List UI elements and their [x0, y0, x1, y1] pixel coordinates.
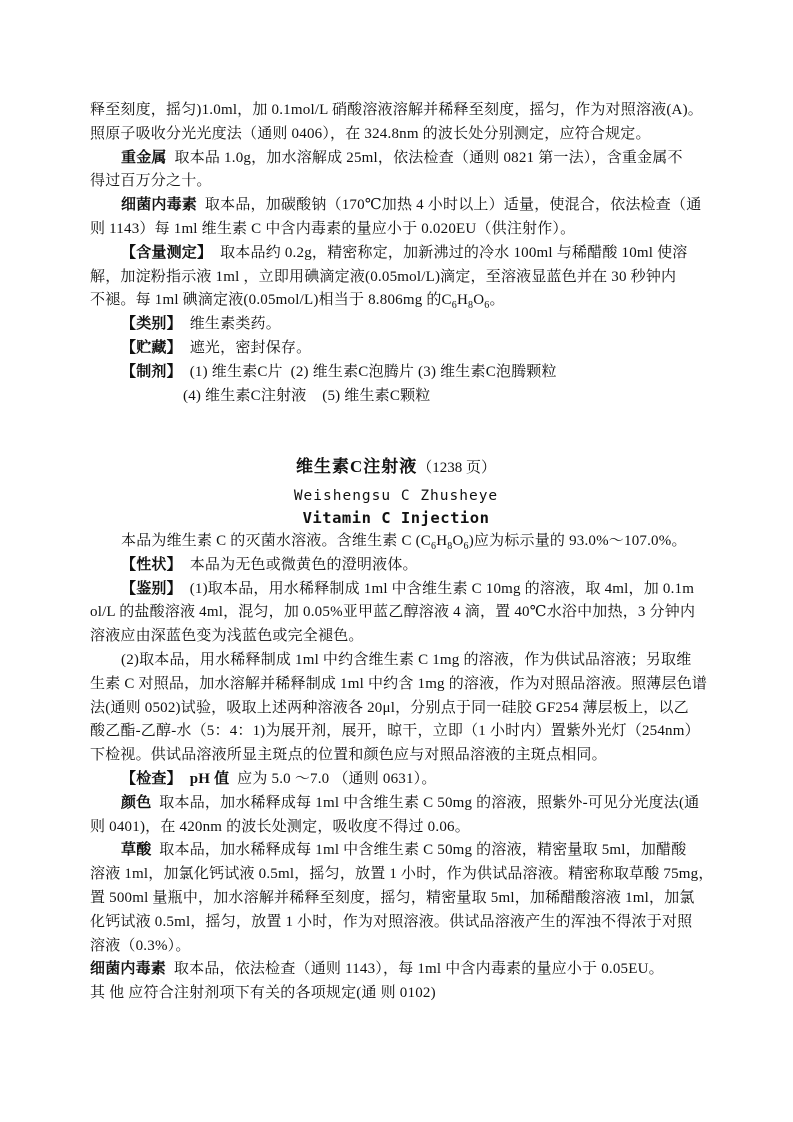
- text-line: 生素 C 对照品，加水溶解并稀释制成 1ml 中约含 1mg 的溶液，作为对照品…: [90, 673, 702, 697]
- body-text: 则 1143）每 1ml 维生素 C 中含内毒素的量应小于 0.020EU（供注…: [90, 221, 575, 237]
- text-line: 置 500ml 量瓶中，加水溶解并稀释至刻度，摇匀，精密量取 5ml，加稀醋酸溶…: [90, 887, 702, 911]
- bold-label-text: 草酸: [121, 842, 151, 858]
- bold-label-text: 颜色: [121, 795, 151, 811]
- text-line: (4) 维生素C注射液 (5) 维生素C颗粒: [90, 385, 702, 409]
- text-line: 溶液 1ml，加氯化钙试液 0.5ml，摇匀，放置 1 小时，作为供试品溶液。精…: [90, 863, 702, 887]
- text-line: 重金属 取本品 1.0g，加水溶解成 25ml，依法检查（通则 0821 第一法…: [90, 147, 702, 171]
- text-line: 【类别】 维生素类药。: [90, 313, 702, 337]
- pharmacopoeia-page: 释至刻度，摇匀)1.0ml，加 0.1mol/L 硝酸溶液溶解并稀释至刻度，摇匀…: [0, 0, 793, 1122]
- body-text: 酸乙酯-乙醇-水（5：4：1)为展开剂，展开，晾干，立即（1 小时内）置紫外光灯…: [90, 723, 700, 739]
- body-text: 解，加淀粉指示液 1ml ，立即用碘滴定液(0.05mol/L)滴定，至溶液显蓝…: [90, 269, 676, 285]
- body-text: (2)取本品，用水稀释制成 1ml 中约含维生素 C 1mg 的溶液，作为供试品…: [121, 652, 691, 668]
- body-text: 得过百万分之十。: [90, 173, 212, 189]
- body-text: (1)取本品，用水稀释制成 1ml 中含维生素 C 10mg 的溶液，取 4ml…: [182, 581, 694, 597]
- body-text: ol/L 的盐酸溶液 4ml，混匀，加 0.05%亚甲蓝乙醇溶液 4 滴，置 4…: [90, 604, 695, 620]
- text-line: 溶液（0.3%）。: [90, 935, 702, 959]
- monograph-title-en: Vitamin C Injection: [90, 507, 702, 529]
- body-text: (1) 维生素C片 (2) 维生素C泡腾片 (3) 维生素C泡腾颗粒: [182, 364, 557, 380]
- text-line: 得过百万分之十。: [90, 170, 702, 194]
- text-line: 本品为维生素 C 的灭菌水溶液。含维生素 C (C6H8O6)应为标示量的 93…: [90, 530, 702, 554]
- body-text: 本品为无色或微黄色的澄明液体。: [182, 557, 418, 573]
- body-text: 释至刻度，摇匀)1.0ml，加 0.1mol/L 硝酸溶液溶解并稀释至刻度，摇匀…: [90, 102, 703, 118]
- body-text: 其 他 应符合注射剂项下有关的各项规定(通 则 0102): [90, 985, 436, 1001]
- text-line: 解，加淀粉指示液 1ml ，立即用碘滴定液(0.05mol/L)滴定，至溶液显蓝…: [90, 266, 702, 290]
- body-text: 溶液应由深蓝色变为浅蓝色或完全褪色。: [90, 628, 364, 644]
- text-line: 照原子吸收分光光度法（通则 0406），在 324.8nm 的波长处分别测定，应…: [90, 123, 702, 147]
- bold-label-text: pH 值: [190, 771, 230, 787]
- monograph-title-page-ref: （1238 页）: [417, 460, 496, 476]
- monograph-text-block-vitamin-c-injection: 本品为维生素 C 的灭菌水溶液。含维生素 C (C6H8O6)应为标示量的 93…: [90, 530, 702, 1006]
- text-line: 溶液应由深蓝色变为浅蓝色或完全褪色。: [90, 625, 702, 649]
- text-line: 【性状】 本品为无色或微黄色的澄明液体。: [90, 554, 702, 578]
- text-line: 【贮藏】 遮光，密封保存。: [90, 337, 702, 361]
- body-text: 法(通则 0502)试验，吸取上述两种溶液各 20μl，分别点于同一硅胶 GF2…: [90, 700, 689, 716]
- body-text: 遮光，密封保存。: [182, 340, 312, 356]
- body-text: 取本品，加水稀释成每 1ml 中含维生素 C 50mg 的溶液，精密量取 5ml…: [151, 842, 686, 858]
- bold-label-text: 【制剂】: [121, 364, 182, 380]
- monograph-title-text: 维生素C注射液: [296, 457, 417, 476]
- text-line: 【含量测定】 取本品约 0.2g，精密称定，加新沸过的冷水 100ml 与稀醋酸…: [90, 242, 702, 266]
- body-text: O: [473, 292, 484, 308]
- bold-label-text: 【检查】: [121, 771, 182, 787]
- body-text: )应为标示量的 93.0%～107.0%。: [469, 533, 687, 549]
- body-text: 溶液（0.3%）。: [90, 938, 191, 954]
- text-line: 细菌内毒素 取本品，依法检查（通则 1143），每 1ml 中含内毒素的量应小于…: [90, 958, 702, 982]
- body-text: 应为 5.0 ～7.0 （通则 0631）。: [229, 771, 436, 787]
- bold-label-text: 重金属: [121, 150, 167, 166]
- body-text: 置 500ml 量瓶中，加水溶解并稀释至刻度，摇匀，精密量取 5ml，加稀醋酸溶…: [90, 890, 695, 906]
- body-text: 不褪。每 1ml 碘滴定液(0.05mol/L)相当于 8.806mg 的C: [90, 292, 452, 308]
- body-text: (4) 维生素C注射液 (5) 维生素C颗粒: [183, 388, 431, 404]
- text-line: 释至刻度，摇匀)1.0ml，加 0.1mol/L 硝酸溶液溶解并稀释至刻度，摇匀…: [90, 99, 702, 123]
- body-text: 取本品，加碳酸钠（170℃加热 4 小时以上）适量，使混合，依法检查（通: [197, 197, 701, 213]
- bold-label-text: 【含量测定】: [121, 245, 212, 261]
- body-text: 本品为维生素 C 的灭菌水溶液。含维生素 C (C: [121, 533, 431, 549]
- text-line: 细菌内毒素 取本品，加碳酸钠（170℃加热 4 小时以上）适量，使混合，依法检查…: [90, 194, 702, 218]
- text-line: (2)取本品，用水稀释制成 1ml 中约含维生素 C 1mg 的溶液，作为供试品…: [90, 649, 702, 673]
- monograph-title-zh: 维生素C注射液（1238 页）: [90, 455, 702, 479]
- body-text: 取本品，依法检查（通则 1143），每 1ml 中含内毒素的量应小于 0.05E…: [166, 961, 664, 977]
- body-text: 下检视。供试品溶液所显主斑点的位置和颜色应与对照品溶液的主斑点相同。: [90, 747, 607, 763]
- body-text: 取本品 1.0g，加水溶解成 25ml，依法检查（通则 0821 第一法），含重…: [167, 150, 683, 166]
- body-text: 溶液 1ml，加氯化钙试液 0.5ml，摇匀，放置 1 小时，作为供试品溶液。精…: [90, 866, 714, 882]
- body-text: 生素 C 对照品，加水溶解并稀释制成 1ml 中约含 1mg 的溶液，作为对照品…: [90, 676, 707, 692]
- bold-label-text: 【鉴别】: [121, 581, 182, 597]
- text-line: 【鉴别】 (1)取本品，用水稀释制成 1ml 中含维生素 C 10mg 的溶液，…: [90, 578, 702, 602]
- body-text: 取本品，加水稀释成每 1ml 中含维生素 C 50mg 的溶液，照紫外-可见分光…: [151, 795, 699, 811]
- bold-label-text: 【性状】: [121, 557, 182, 573]
- bold-label-text: 细菌内毒素: [90, 961, 166, 977]
- text-line: ol/L 的盐酸溶液 4ml，混匀，加 0.05%亚甲蓝乙醇溶液 4 滴，置 4…: [90, 601, 702, 625]
- body-text: H: [436, 533, 447, 549]
- bold-label-text: 【贮藏】: [121, 340, 182, 356]
- bold-label-text: 【类别】: [121, 316, 182, 332]
- text-line: 下检视。供试品溶液所显主斑点的位置和颜色应与对照品溶液的主斑点相同。: [90, 744, 702, 768]
- body-text: H: [457, 292, 468, 308]
- text-line: 颜色 取本品，加水稀释成每 1ml 中含维生素 C 50mg 的溶液，照紫外-可…: [90, 792, 702, 816]
- text-line: 其 他 应符合注射剂项下有关的各项规定(通 则 0102): [90, 982, 702, 1006]
- text-line: 则 1143）每 1ml 维生素 C 中含内毒素的量应小于 0.020EU（供注…: [90, 218, 702, 242]
- text-line: 则 0401)，在 420nm 的波长处测定，吸收度不得过 0.06。: [90, 816, 702, 840]
- body-text: 取本品约 0.2g，精密称定，加新沸过的冷水 100ml 与稀醋酸 10ml 使…: [212, 245, 687, 261]
- body-text: 化钙试液 0.5ml，摇匀，放置 1 小时，作为对照溶液。供试品溶液产生的浑浊不…: [90, 914, 692, 930]
- body-text: 照原子吸收分光光度法（通则 0406），在 324.8nm 的波长处分别测定，应…: [90, 126, 651, 142]
- body-text: [182, 771, 190, 787]
- text-line: 草酸 取本品，加水稀释成每 1ml 中含维生素 C 50mg 的溶液，精密量取 …: [90, 839, 702, 863]
- text-line: 【检查】 pH 值 应为 5.0 ～7.0 （通则 0631）。: [90, 768, 702, 792]
- text-line: 【制剂】 (1) 维生素C片 (2) 维生素C泡腾片 (3) 维生素C泡腾颗粒: [90, 361, 702, 385]
- text-line: 酸乙酯-乙醇-水（5：4：1)为展开剂，展开，晾干，立即（1 小时内）置紫外光灯…: [90, 720, 702, 744]
- bold-label-text: 细菌内毒素: [121, 197, 197, 213]
- body-text: 则 0401)，在 420nm 的波长处测定，吸收度不得过 0.06。: [90, 819, 470, 835]
- monograph-title-pinyin: Weishengsu C Zhusheye: [90, 486, 702, 507]
- body-text: O: [452, 533, 463, 549]
- text-line: 化钙试液 0.5ml，摇匀，放置 1 小时，作为对照溶液。供试品溶液产生的浑浊不…: [90, 911, 702, 935]
- body-text: 维生素类药。: [182, 316, 281, 332]
- body-text: 。: [489, 292, 504, 308]
- monograph-text-block-vitamin-c: 释至刻度，摇匀)1.0ml，加 0.1mol/L 硝酸溶液溶解并稀释至刻度，摇匀…: [90, 99, 702, 408]
- text-line: 不褪。每 1ml 碘滴定液(0.05mol/L)相当于 8.806mg 的C6H…: [90, 289, 702, 313]
- text-line: 法(通则 0502)试验，吸取上述两种溶液各 20μl，分别点于同一硅胶 GF2…: [90, 697, 702, 721]
